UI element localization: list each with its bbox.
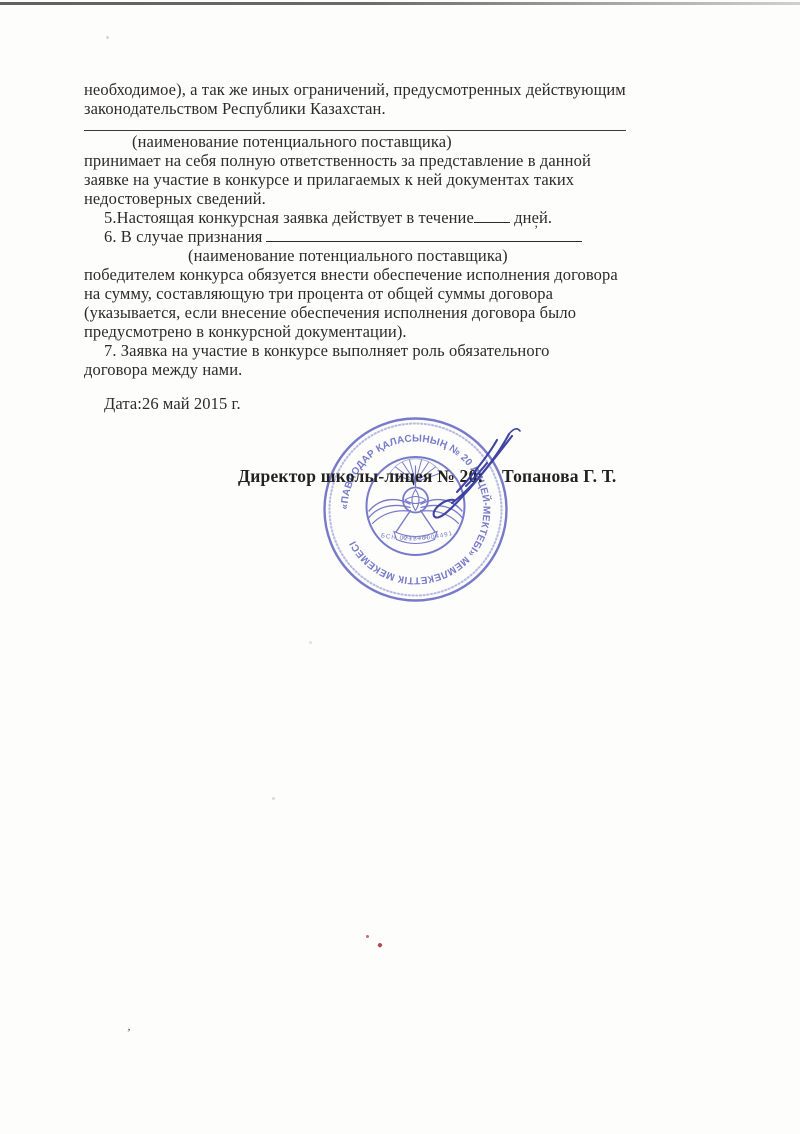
body-line: необходимое), а так же иных ограничений,… [84, 80, 664, 99]
body-line: победителем конкурса обязуется внести об… [84, 265, 664, 284]
item-5-line: 5.Настоящая конкурсная заявка действует … [84, 208, 664, 227]
red-ink-speck [377, 942, 382, 947]
body-line: предусмотрено в конкурсной документации)… [84, 322, 664, 341]
body-line: принимает на себя полную ответственность… [84, 151, 664, 170]
supplier-name-rule [84, 130, 626, 131]
supplier-caption: (наименование потенциального поставщика) [132, 132, 664, 151]
days-blank-underline [474, 208, 510, 223]
item-6-line: 6. В случае признания’ [84, 227, 664, 246]
document-body: необходимое), а так же иных ограничений,… [84, 80, 664, 413]
supplier-caption: (наименование потенциального поставщика) [188, 246, 664, 265]
stray-comma-mark: , [127, 1019, 132, 1034]
scan-speck [309, 641, 312, 644]
handwritten-signature [418, 424, 558, 534]
date-line: Дата:26 май 2015 г. [104, 394, 664, 413]
stray-apostrophe-mark: ’ [534, 220, 538, 239]
body-line: заявке на участие в конкурсе и прилагаем… [84, 170, 664, 189]
supplier-blank-underline: ’ [266, 227, 582, 242]
body-line: (указывается, если внесение обеспечения … [84, 303, 664, 322]
scan-speck [272, 797, 275, 800]
scanned-document-page: необходимое), а так же иных ограничений,… [0, 0, 800, 1134]
red-ink-speck [366, 935, 369, 938]
item-6-text: 6. В случае признания [104, 227, 262, 246]
body-line: на сумму, составляющую три процента от о… [84, 284, 664, 303]
body-line: законодательством Республики Казахстан. [84, 99, 664, 118]
item-7-line: 7. Заявка на участие в конкурсе выполняе… [84, 341, 664, 360]
body-line: договора между нами. [84, 360, 664, 379]
scan-speck [106, 36, 109, 39]
body-line: недостоверных сведений. [84, 189, 664, 208]
emblem-banner-text: ҚАЗАҚСТАН [403, 535, 428, 540]
item-5-text: 5.Настоящая конкурсная заявка действует … [104, 208, 474, 227]
scan-edge-line [0, 2, 800, 5]
